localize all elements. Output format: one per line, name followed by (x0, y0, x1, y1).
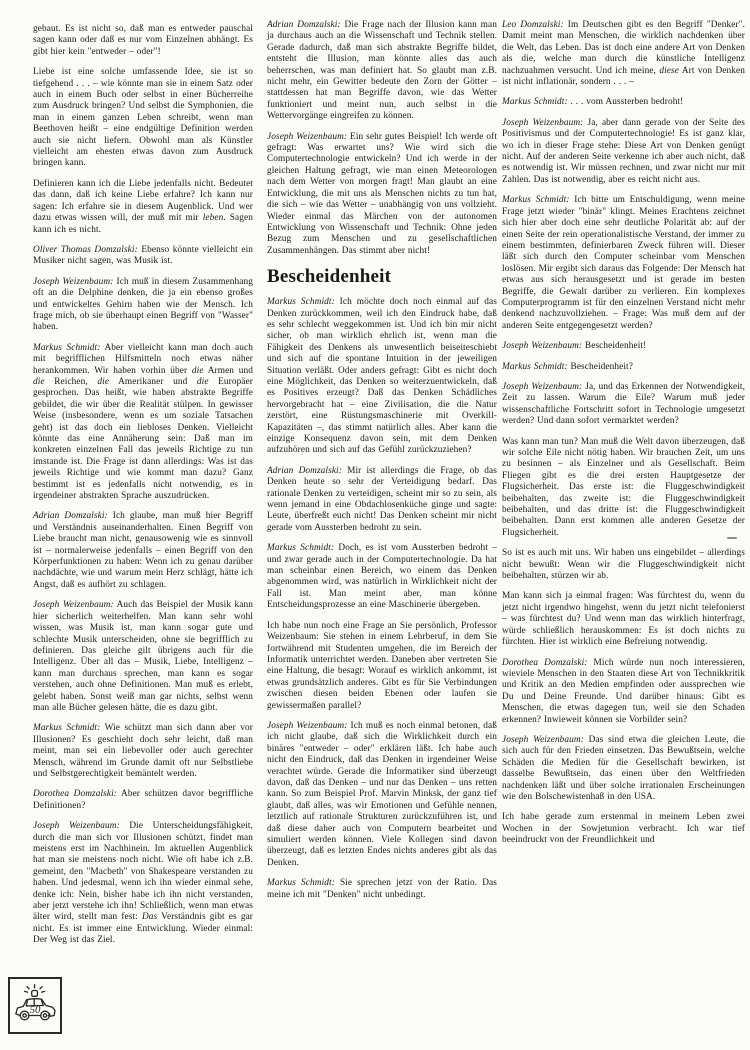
speaker-paragraph: Markus Schmidt: Doch, es ist vom Ausster… (267, 543, 497, 611)
paragraph: Was kann man tun? Man muß die Welt davon… (502, 437, 745, 540)
scan-smudge (727, 537, 737, 539)
speaker-paragraph: Joseph Weizenbaum: Die Unterscheidungsfä… (33, 821, 253, 946)
front-wheel (20, 1011, 29, 1020)
police-car-icon: 50 (10, 979, 60, 1032)
paragraph: Ich habe nun noch eine Frage an Sie pers… (267, 621, 497, 712)
speaker-paragraph: Adrian Domzalski: Mir ist allerdings die… (267, 466, 497, 534)
speaker-paragraph: Markus Schmidt: Aber vielleicht kann man… (33, 343, 253, 503)
scanned-page: gebaut. Es ist nicht so, daß man es entw… (0, 0, 750, 1050)
paragraph: Man kann sich ja einmal fragen: Was fürc… (502, 591, 745, 648)
speaker-paragraph: Joseph Weizenbaum: Das sind etwa die gle… (502, 735, 745, 803)
speaker-paragraph: Oliver Thomas Domzalski: Ebenso könnte v… (33, 245, 253, 268)
speaker-paragraph: Dorothea Domzalski: Aber schützen davor … (33, 789, 253, 812)
speaker-paragraph: Markus Schmidt: Bescheidenheit? (502, 362, 745, 373)
paragraph: Definieren kann ich die Liebe jedenfalls… (33, 179, 253, 236)
beacon-light (32, 991, 38, 997)
speaker-paragraph: Markus Schmidt: Ich möchte doch noch ein… (267, 297, 497, 457)
speaker-paragraph: Adrian Domzalski: Die Frage nach der Ill… (267, 20, 497, 123)
paragraph: gebaut. Es ist nicht so, daß man es entw… (33, 24, 253, 58)
speaker-paragraph: Markus Schmidt: Sie sprechen jetzt von d… (267, 878, 497, 901)
speaker-paragraph: Joseph Weizenbaum: Ich muß in diesem Zus… (33, 277, 253, 334)
speaker-paragraph: Joseph Weizenbaum: Ich muß es noch einma… (267, 721, 497, 869)
speaker-paragraph: Dorothea Domzalski: Mich würde nun noch … (502, 658, 745, 726)
speaker-paragraph: Joseph Weizenbaum: Ja, und das Erkennen … (502, 382, 745, 428)
speaker-paragraph: Markus Schmidt: . . . vom Aussterben bed… (502, 97, 745, 108)
speaker-paragraph: Leo Domzalski: Im Deutschen gibt es den … (502, 20, 745, 88)
speaker-paragraph: Markus Schmidt: Ich bitte um Entschuldig… (502, 195, 745, 332)
paragraph: So ist es auch mit uns. Wir haben uns ei… (502, 548, 745, 582)
speaker-paragraph: Joseph Weizenbaum: Bescheidenheit! (502, 341, 745, 352)
text-column-3: Leo Domzalski: Im Deutschen gibt es den … (502, 20, 745, 856)
paragraph: Ich habe gerade zum erstenmal in meinem … (502, 812, 745, 846)
text-column-2: Adrian Domzalski: Die Frage nach der Ill… (267, 20, 497, 910)
text-column-1: gebaut. Es ist nicht so, daß man es entw… (33, 24, 253, 956)
paragraph: Liebe ist eine solche umfassende Idee, s… (33, 67, 253, 170)
speaker-paragraph: Markus Schmidt: Wie schützt man sich dan… (33, 723, 253, 780)
section-heading: Bescheidenheit (267, 266, 497, 288)
speaker-paragraph: Joseph Weizenbaum: Ein sehr gutes Beispi… (267, 132, 497, 257)
speaker-paragraph: Joseph Weizenbaum: Ja, aber dann gerade … (502, 118, 745, 186)
police-car-stamp: 50 (8, 977, 62, 1034)
speaker-paragraph: Joseph Weizenbaum: Auch das Beispiel der… (33, 600, 253, 714)
car-number: 50 (30, 1004, 41, 1016)
speaker-paragraph: Adrian Domzalski: Ich glaube, man muß hi… (33, 511, 253, 591)
